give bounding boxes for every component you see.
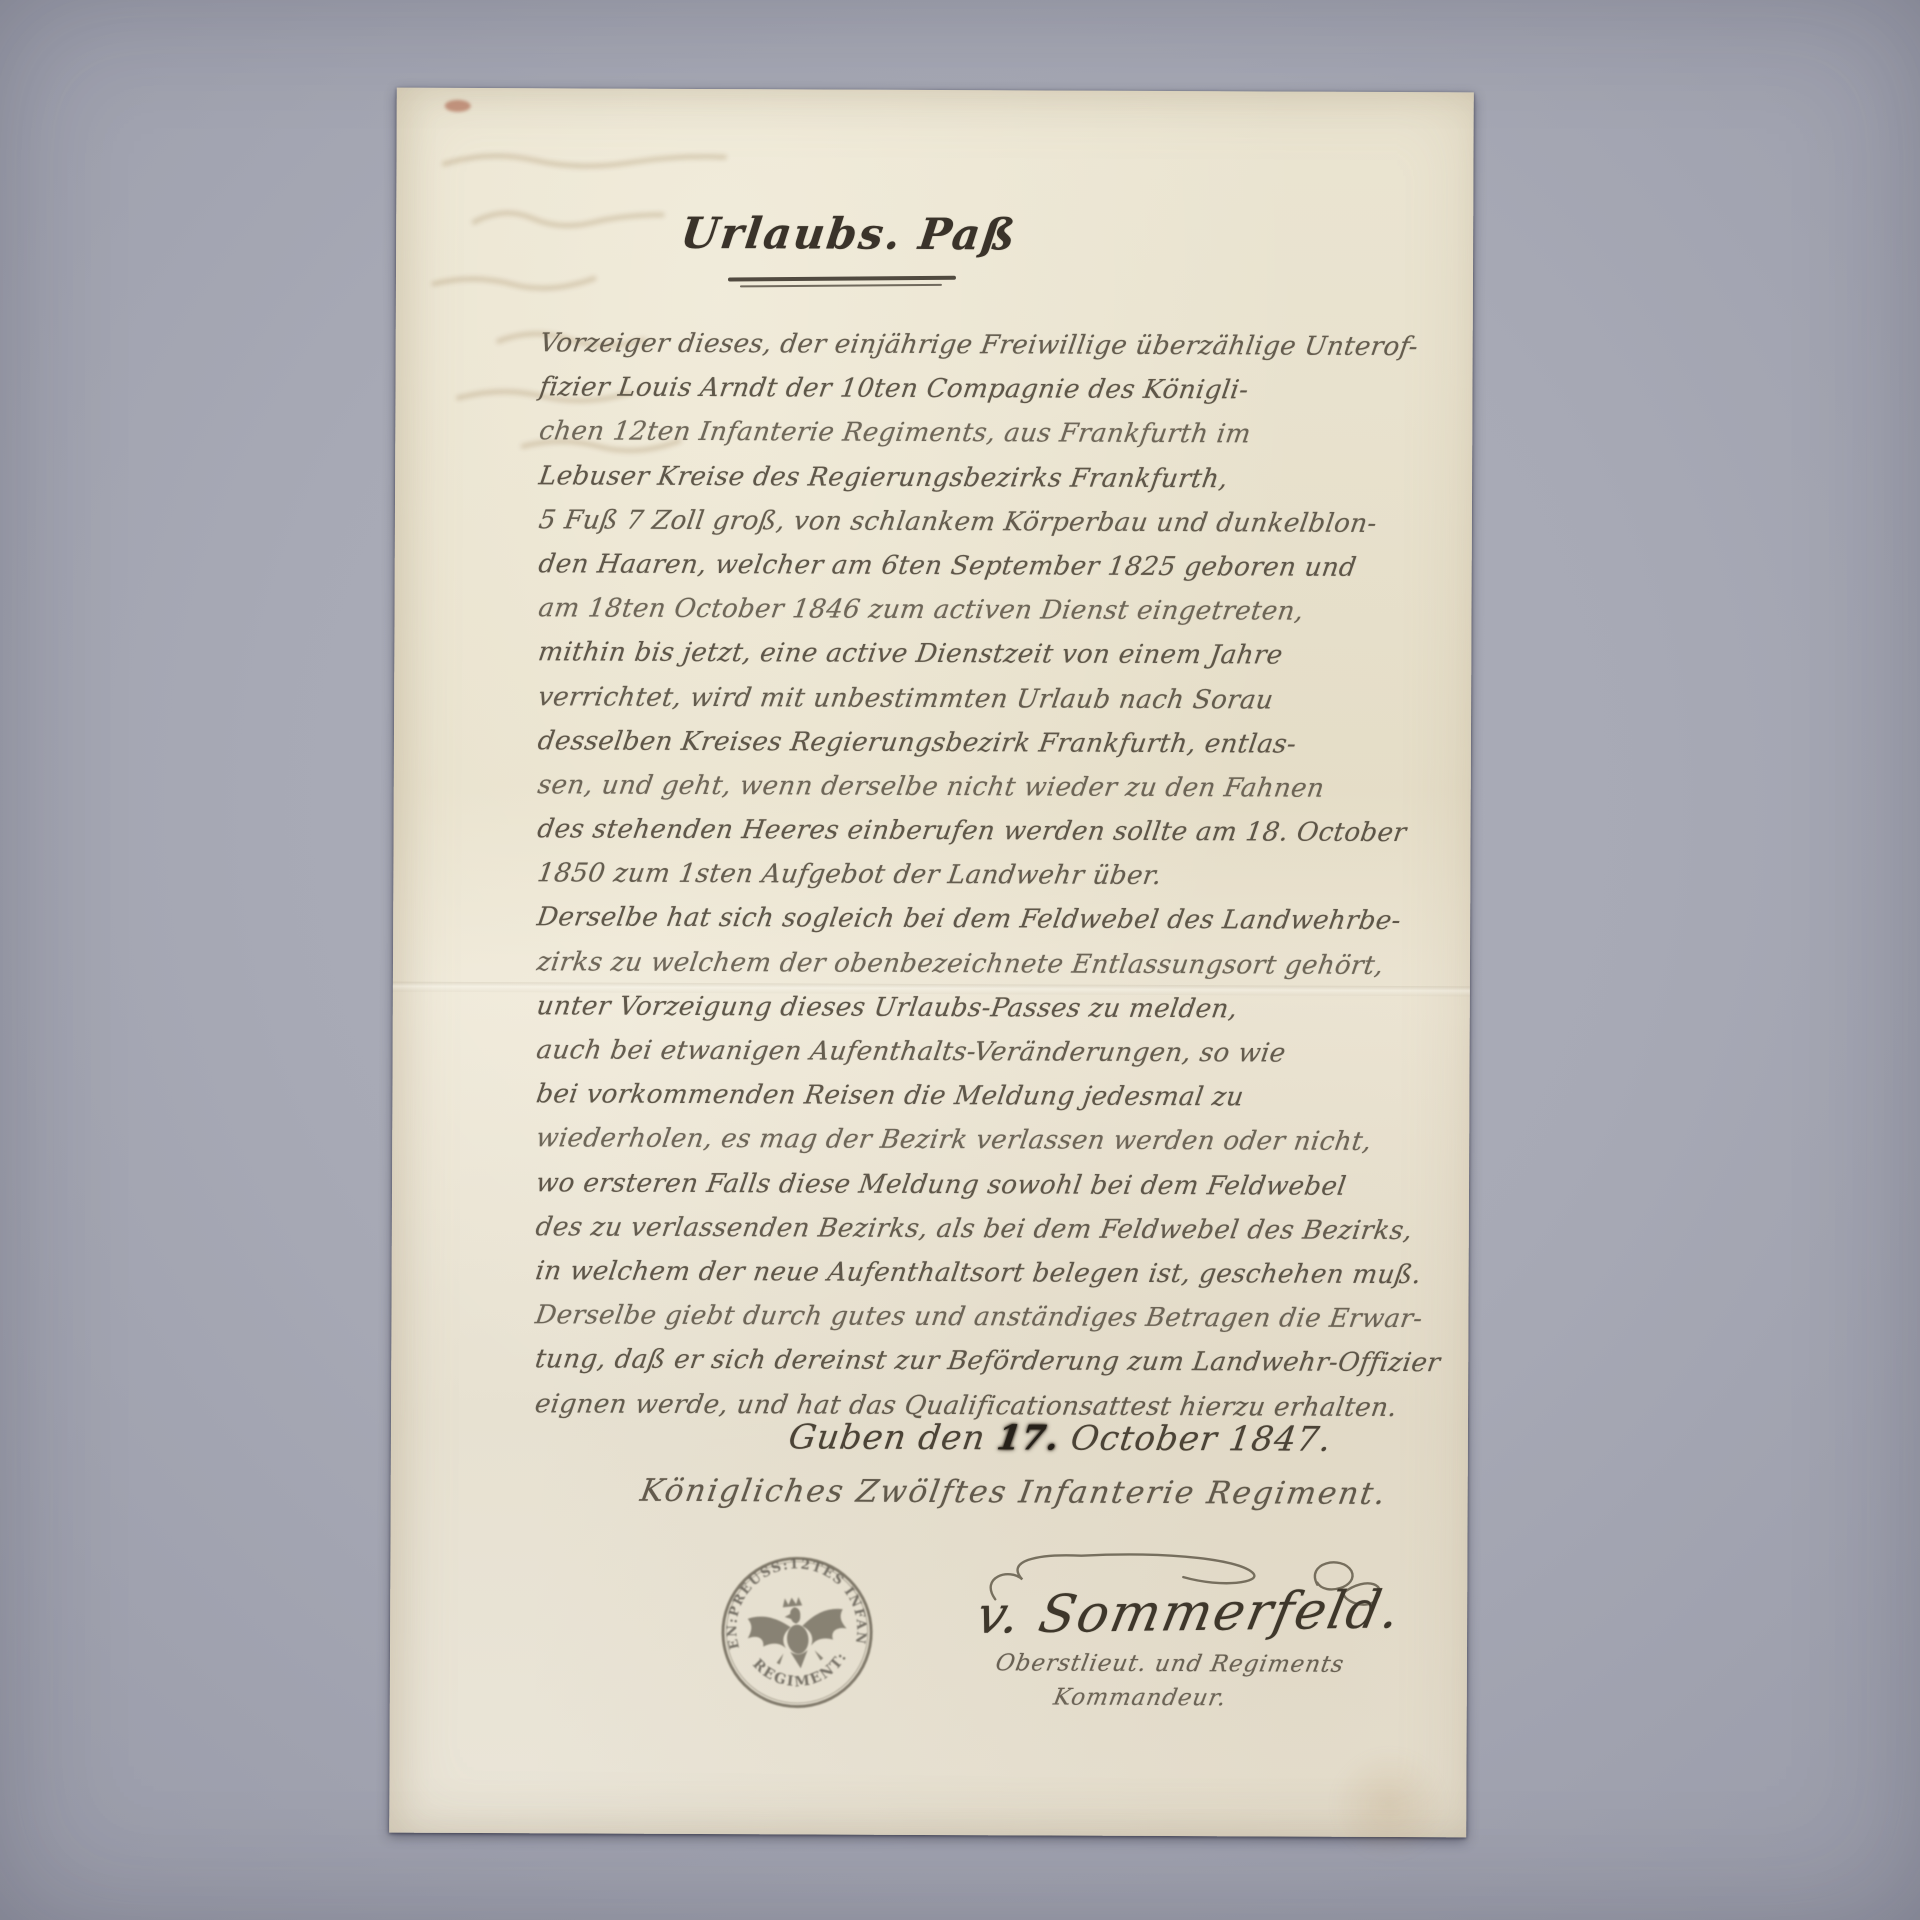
dateline-rest: October 1847. — [1068, 1419, 1334, 1460]
date-day-blot: 17. — [994, 1418, 1062, 1458]
document-body: Vorzeiger dieses, der einjährige Freiwil… — [531, 328, 1441, 1437]
document-paper: Urlaubs. Paß Vorzeiger dieses, der einjä… — [389, 88, 1474, 1838]
handwritten-line: Vorzeiger dieses, der einjährige Freiwil… — [536, 328, 1447, 376]
handwritten-line: den Haaren, welcher am 6ten September 18… — [535, 549, 1446, 597]
document-title: Urlaubs. Paß — [678, 209, 1014, 260]
issuer-line: Königliches Zwölftes Infanterie Regiment… — [638, 1473, 1390, 1512]
handwritten-line: desselben Kreises Regierungsbezirk Frank… — [534, 726, 1445, 774]
handwritten-line: 1850 zum 1sten Aufgebot der Landwehr übe… — [533, 859, 1444, 907]
handwritten-line: chen 12ten Infanterie Regiments, aus Fra… — [535, 417, 1446, 465]
handwritten-line: Derselbe giebt durch gutes und anständig… — [531, 1300, 1442, 1348]
handwritten-line: Derselbe hat sich sogleich bei dem Feldw… — [533, 903, 1444, 951]
signature-name: v. Sommerfeld. — [971, 1580, 1406, 1645]
signature-rank-line-2: Kommandeur. — [1051, 1685, 1228, 1712]
handwritten-line: am 18ten October 1846 zum activen Dienst… — [534, 593, 1445, 641]
signature-rank-line-1: Oberstlieut. und Regiments — [994, 1650, 1347, 1677]
title-underline-main — [728, 276, 956, 282]
photograph-of-document: Urlaubs. Paß Vorzeiger dieses, der einjä… — [0, 0, 1920, 1920]
handwritten-line: tung, daß er sich dereinst zur Beförderu… — [531, 1345, 1442, 1393]
regiment-seal: KOEN:PREUSS:12TES INFANT: REGIMENT: — [712, 1547, 883, 1718]
dateline: Guben den 17. October 1847. — [786, 1417, 1334, 1459]
handwritten-line: des zu verlassenden Bezirks, als bei dem… — [532, 1212, 1443, 1260]
handwritten-line: 5 Fuß 7 Zoll groß, von schlankem Körperb… — [535, 505, 1446, 553]
handwritten-line: in welchem der neue Aufenthaltsort beleg… — [532, 1256, 1443, 1304]
handwritten-line: verrichtet, wird mit unbestimmten Urlaub… — [534, 682, 1445, 730]
handwritten-line: sen, und geht, wenn derselbe nicht wiede… — [534, 770, 1445, 818]
title-underline-secondary — [740, 284, 942, 288]
handwritten-line: wiederholen, es mag der Bezirk verlassen… — [532, 1124, 1443, 1172]
handwritten-line: wo ersteren Falls diese Meldung sowohl b… — [532, 1168, 1443, 1216]
handwritten-line: auch bei etwanigen Aufenthalts-Veränderu… — [532, 1035, 1443, 1083]
handwritten-line: unter Vorzeigung dieses Urlaubs-Passes z… — [533, 991, 1444, 1039]
handwritten-line: Lebuser Kreise des Regierungsbezirks Fra… — [535, 461, 1446, 509]
handwritten-line: des stehenden Heeres einberufen werden s… — [533, 814, 1444, 862]
handwritten-line: fizier Louis Arndt der 10ten Compagnie d… — [535, 372, 1446, 420]
handwritten-line: mithin bis jetzt, eine active Dienstzeit… — [534, 638, 1445, 686]
paper-stain — [1329, 1747, 1450, 1863]
paper-stain-speck — [445, 100, 471, 112]
dateline-place: Guben den — [786, 1417, 988, 1458]
handwritten-line: bei vorkommenden Reisen die Meldung jede… — [532, 1079, 1443, 1127]
